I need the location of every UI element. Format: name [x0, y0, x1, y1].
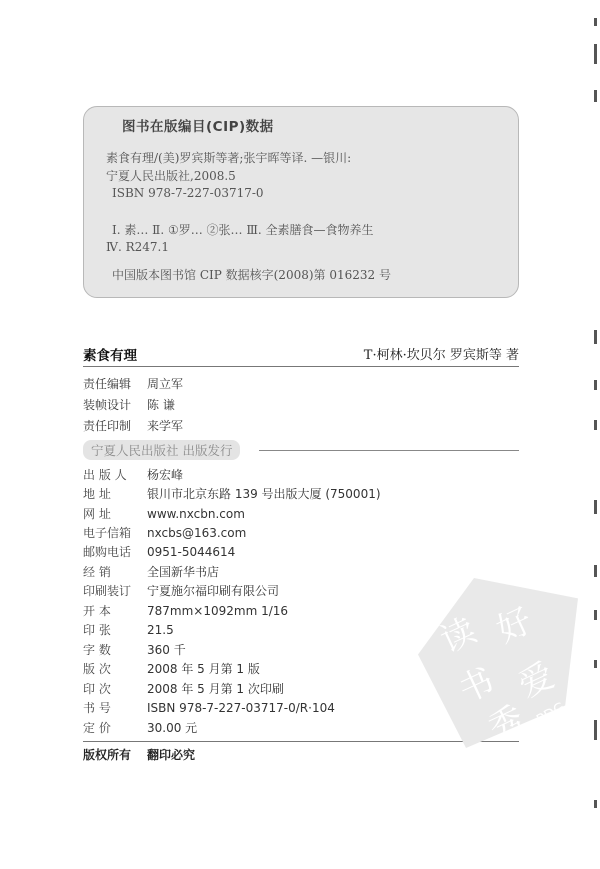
info-value: 30.00 元 [147, 721, 197, 735]
rights-label: 版权所有 [83, 746, 147, 763]
staff-row: 装帧设计陈 谦 [83, 396, 175, 413]
book-author: T·柯林·坎贝尔 罗宾斯等 著 [364, 344, 519, 363]
info-value: 21.5 [147, 623, 174, 637]
cip-line: 中国版本图书馆 CIP 数据核字(2008)第 016232 号 [112, 266, 391, 283]
cip-title: 图书在版编目(CIP)数据 [122, 115, 274, 135]
info-row: 版 次2008 年 5 月第 1 版 [83, 660, 260, 677]
rights-value: 翻印必究 [147, 748, 195, 762]
cip-data-box: 图书在版编目(CIP)数据 素食有理/(美)罗宾斯等著;张宇晖等译. —银川: … [83, 106, 519, 298]
info-row: 印刷装订宁夏施尔福印刷有限公司 [83, 582, 279, 599]
cip-line: Ⅰ. 素… Ⅱ. ①罗… ②张… Ⅲ. 全素膳食—食物养生 [112, 221, 374, 238]
info-row: 定 价30.00 元 [83, 719, 197, 736]
info-label: 印刷装订 [83, 582, 147, 599]
info-row: 网 址www.nxcbn.com [83, 505, 245, 522]
staff-label: 责任印制 [83, 417, 147, 434]
info-row: 邮购电话0951-5044614 [83, 543, 235, 560]
cip-line: 素食有理/(美)罗宾斯等著;张宇晖等译. —银川: [106, 149, 351, 166]
cip-line: ISBN 978-7-227-03717-0 [112, 186, 264, 200]
info-value: 银川市北京东路 139 号出版大厦 (750001) [147, 487, 381, 501]
watermark-char: 好 [487, 593, 539, 652]
info-label: 字 数 [83, 641, 147, 658]
info-value: 全国新华书店 [147, 565, 219, 579]
info-row: 开 本787mm×1092mm 1/16 [83, 602, 288, 619]
watermark-char: 爱 [509, 648, 561, 707]
info-row: 字 数360 千 [83, 641, 186, 658]
info-label: 出 版 人 [83, 466, 147, 483]
staff-row: 责任编辑周立军 [83, 375, 183, 392]
info-value: 2008 年 5 月第 1 次印刷 [147, 682, 284, 696]
info-label: 邮购电话 [83, 543, 147, 560]
info-row: 电子信箱nxcbs@163.com [83, 524, 246, 541]
info-value: nxcbs@163.com [147, 526, 246, 540]
info-label: 印 张 [83, 621, 147, 638]
info-label: 经 销 [83, 563, 147, 580]
divider [83, 741, 519, 742]
copyright-notice: 版权所有翻印必究 [83, 746, 195, 763]
staff-value: 周立军 [147, 377, 183, 391]
book-title-row: 素食有理 T·柯林·坎贝尔 罗宾斯等 著 [83, 344, 519, 367]
info-label: 定 价 [83, 719, 147, 736]
info-label: 开 本 [83, 602, 147, 619]
watermark-stamp: 读 好 书 爱 秀 PDG [418, 578, 578, 748]
info-value: 360 千 [147, 643, 186, 657]
cip-line: Ⅳ. R247.1 [106, 240, 169, 254]
info-value: 杨宏峰 [147, 468, 183, 482]
info-row: 地 址银川市北京东路 139 号出版大厦 (750001) [83, 485, 381, 502]
publisher-name: 宁夏人民出版社 出版发行 [83, 440, 240, 460]
page-edge-marks [594, 0, 600, 869]
staff-value: 陈 谦 [147, 398, 175, 412]
info-value: 2008 年 5 月第 1 版 [147, 662, 260, 676]
info-label: 网 址 [83, 505, 147, 522]
staff-row: 责任印制来学军 [83, 417, 183, 434]
watermark-char: 读 [431, 603, 483, 662]
info-row: 出 版 人杨宏峰 [83, 466, 183, 483]
info-label: 地 址 [83, 485, 147, 502]
info-value: ISBN 978-7-227-03717-0/R·104 [147, 701, 335, 715]
info-label: 印 次 [83, 680, 147, 697]
info-value: www.nxcbn.com [147, 507, 245, 521]
info-row: 书 号ISBN 978-7-227-03717-0/R·104 [83, 699, 335, 716]
info-label: 电子信箱 [83, 524, 147, 541]
watermark-pdg: PDG [534, 700, 568, 729]
staff-value: 来学军 [147, 419, 183, 433]
info-row: 经 销全国新华书店 [83, 563, 219, 580]
info-value: 宁夏施尔福印刷有限公司 [147, 584, 279, 598]
book-title: 素食有理 [83, 344, 137, 364]
divider [259, 450, 519, 451]
info-value: 0951-5044614 [147, 545, 235, 559]
staff-label: 责任编辑 [83, 375, 147, 392]
info-row: 印 张21.5 [83, 621, 174, 638]
staff-label: 装帧设计 [83, 396, 147, 413]
info-row: 印 次2008 年 5 月第 1 次印刷 [83, 680, 284, 697]
info-label: 版 次 [83, 660, 147, 677]
publisher-banner: 宁夏人民出版社 出版发行 [83, 440, 519, 460]
info-value: 787mm×1092mm 1/16 [147, 604, 288, 618]
info-label: 书 号 [83, 699, 147, 716]
cip-line: 宁夏人民出版社,2008.5 [106, 167, 236, 184]
